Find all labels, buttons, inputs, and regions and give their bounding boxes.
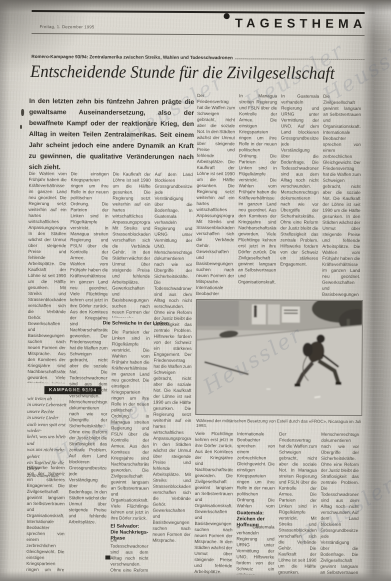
photo-caption: Während der militärischen Besetzung von … — [196, 418, 362, 429]
body-column: Die Zivilgesellschaft gewinnt langsam an… — [322, 94, 361, 297]
masthead-title: TAGESTHEMA — [235, 16, 367, 31]
body-column: Die einstigen Kriegsparteien ringen um i… — [68, 171, 108, 551]
newspaper-page: TAGESTHEMA Freitag, 1. Dezember 1995 Rom… — [0, 0, 391, 581]
body-column: Der Friedensvertrag hat die Waffen zum S… — [278, 432, 317, 575]
body-column: Die Wahlen vom Frühjahr haben die Kräfte… — [27, 171, 66, 383]
body-column: Die Kaufkraft der Löhne ist seit 1990 um… — [112, 171, 151, 317]
body-column: Die Todesschwadronen sind aus dem Alltag… — [110, 537, 148, 573]
body-column: Hilfswerke fordern von der Schweiz ein s… — [26, 465, 65, 573]
body-column: Viele Flüchtlinge kehren erst jetzt in i… — [194, 431, 233, 574]
body-column: Der Friedensvertrag hat die Waffen zum S… — [196, 93, 235, 296]
date-line: Freitag, 1. Dezember 1995 — [40, 24, 95, 29]
masthead: TAGESTHEMA — [224, 13, 367, 31]
masthead-bullet-icon — [224, 13, 230, 19]
body-column: In Guatemala verhandeln Regierung und UR… — [236, 524, 274, 574]
body-column: In Guatemala verhandeln Regierung und UR… — [280, 94, 319, 297]
body-column: Auf dem Land blockieren Grossgrundbesitz… — [152, 172, 192, 574]
scan-speck — [21, 109, 24, 116]
body-column: Internationale Beobachter sprechen von e… — [237, 431, 275, 508]
header-hairline — [32, 33, 365, 36]
scan-speck — [20, 125, 22, 129]
body-column: In Managua streiten Regierung und FSLN ü… — [238, 93, 277, 296]
kicker: Romero-Kampagne 93/94: Zentralamerika zw… — [31, 54, 232, 60]
